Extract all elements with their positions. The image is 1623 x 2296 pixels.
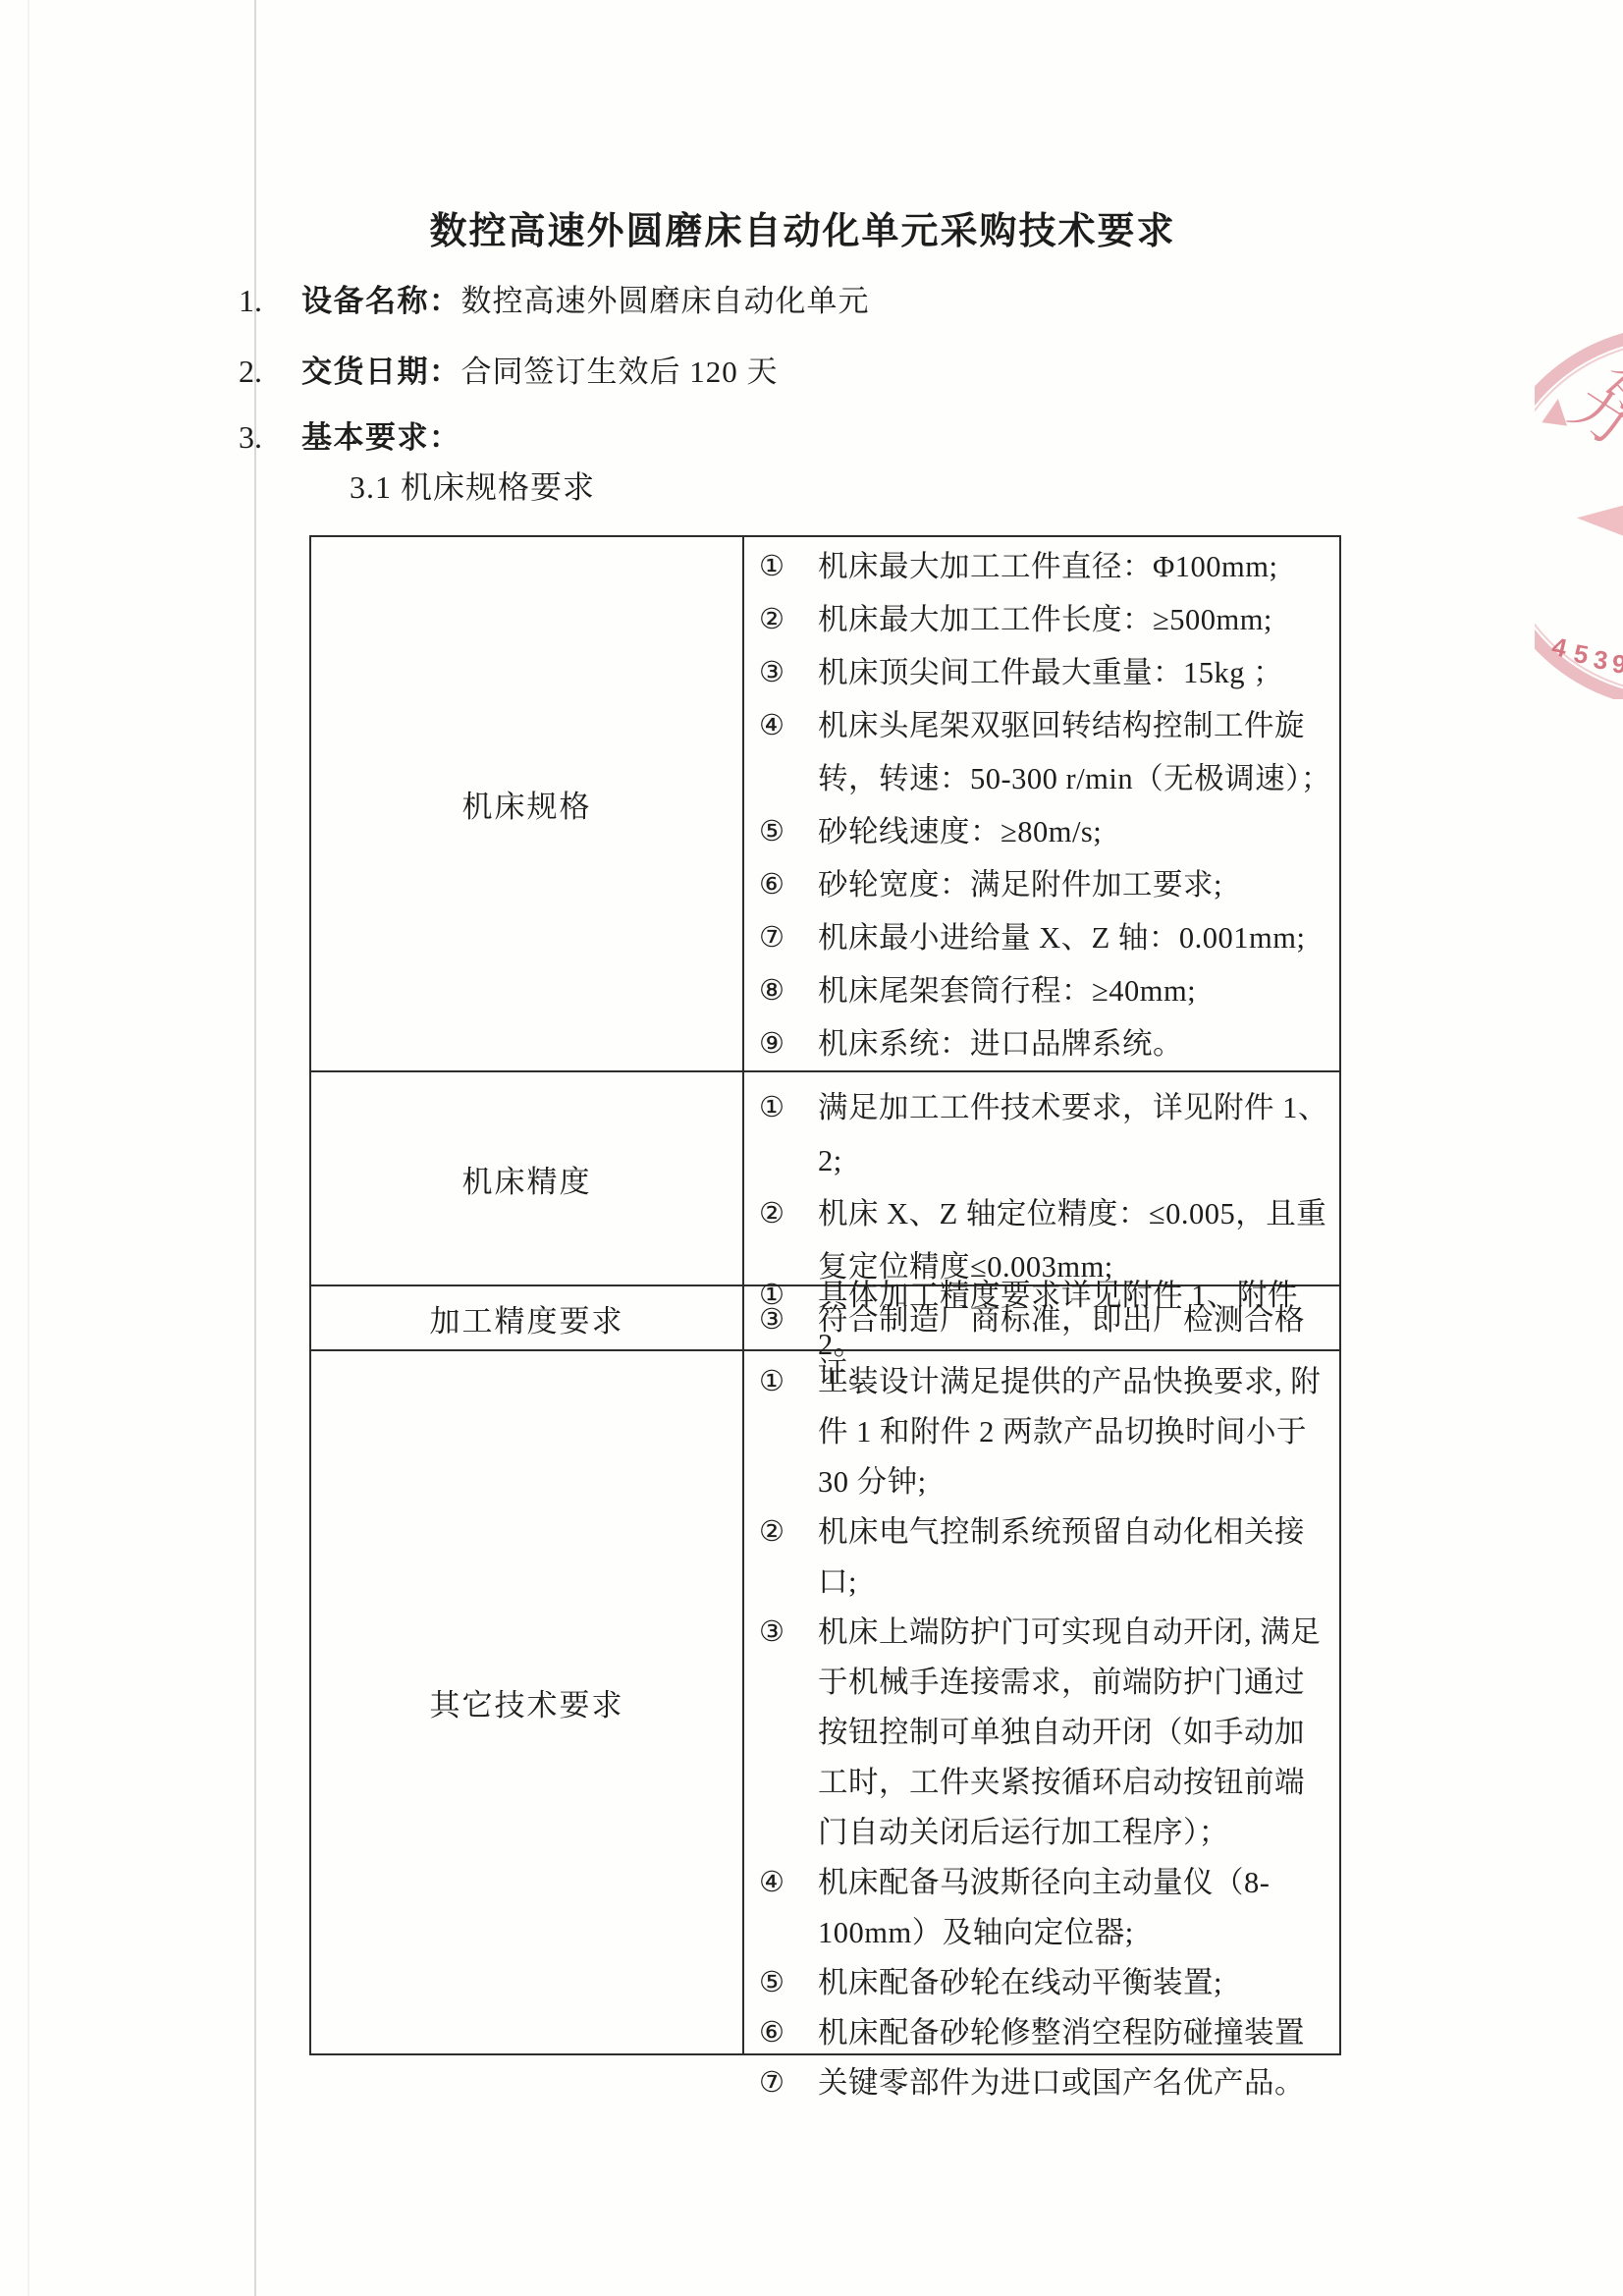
table-row-machine-spec: 机床规格 ① 机床最大加工工件直径：Φ100mm; ② 机床最大加工工件长度：≥…: [311, 537, 1339, 1070]
item-content: 机床头尾架双驱回转结构控制工件旋转，转速：50-300 r/min（无极调速）；: [818, 699, 1331, 805]
spec-item: ④ 机床头尾架双驱回转结构控制工件旋转，转速：50-300 r/min（无极调速…: [759, 699, 1331, 805]
item-bullet: ⑦: [759, 911, 818, 964]
spec-item: ④ 机床配备马波斯径向主动量仪（8-100mm）及轴向定位器;: [759, 1858, 1331, 1958]
page-title: 数控高速外圆磨床自动化单元采购技术要求: [250, 200, 1355, 254]
item-content: 机床配备马波斯径向主动量仪（8-100mm）及轴向定位器;: [818, 1858, 1331, 1958]
spec-item: ③ 机床上端防护门可实现自动开闭, 满足于机械手连接需求，前端防护门通过按钮控制…: [759, 1608, 1331, 1858]
item-bullet: ⑨: [759, 1017, 818, 1070]
row-content: ① 具体加工精度要求详见附件 1、附件 2。: [744, 1286, 1339, 1349]
row-header: 加工精度要求: [311, 1286, 744, 1349]
item-content: 机床系统：进口品牌系统。: [818, 1017, 1331, 1070]
row-header: 其它技术要求: [311, 1351, 744, 2053]
item-number: 2.: [239, 354, 301, 390]
item-bullet: ③: [759, 1608, 818, 1858]
item-number: 1.: [239, 283, 301, 319]
table-row-other-requirements: 其它技术要求 ① 工装设计满足提供的产品快换要求, 附件 1 和附件 2 两款产…: [311, 1349, 1339, 2053]
row-header: 机床规格: [311, 537, 744, 1070]
spec-item: ⑤ 砂轮线速度：≥80m/s;: [759, 805, 1331, 858]
item-bullet: ④: [759, 699, 818, 805]
spec-item: ⑥ 机床配备砂轮修整消空程防碰撞装置: [759, 2008, 1331, 2058]
spec-item: ⑦ 关键零部件为进口或国产名优产品。: [759, 2058, 1331, 2108]
item-label: 基本要求：: [301, 420, 461, 455]
item-label: 交货日期：: [301, 355, 461, 389]
spec-item: ① 工装设计满足提供的产品快换要求, 附件 1 和附件 2 两款产品切换时间小于…: [759, 1357, 1331, 1507]
spec-item: ⑥ 砂轮宽度：满足附件加工要求;: [759, 858, 1331, 911]
spec-table: 机床规格 ① 机床最大加工工件直径：Φ100mm; ② 机床最大加工工件长度：≥…: [309, 535, 1341, 2055]
item-content: 机床尾架套筒行程：≥40mm;: [818, 964, 1331, 1017]
item-bullet: ⑤: [759, 1958, 818, 2008]
item-bullet: ②: [759, 1507, 818, 1608]
spec-item: ② 机床最大加工工件长度：≥500mm;: [759, 593, 1331, 646]
item-content: 工装设计满足提供的产品快换要求, 附件 1 和附件 2 两款产品切换时间小于 3…: [818, 1357, 1331, 1507]
item-bullet: ⑥: [759, 858, 818, 911]
item-content: 机床上端防护门可实现自动开闭, 满足于机械手连接需求，前端防护门通过按钮控制可单…: [818, 1608, 1331, 1858]
item-content: 机床配备砂轮修整消空程防碰撞装置: [818, 2008, 1331, 2058]
item-content: 机床电气控制系统预留自动化相关接口;: [818, 1507, 1331, 1608]
subsection-heading: 3.1 机床规格要求: [350, 463, 595, 508]
spec-item: ② 机床电气控制系统预留自动化相关接口;: [759, 1507, 1331, 1608]
spec-item: ⑨ 机床系统：进口品牌系统。: [759, 1017, 1331, 1070]
spec-item: ⑦ 机床最小进给量 X、Z 轴：0.001mm;: [759, 911, 1331, 964]
item-bullet: ⑧: [759, 964, 818, 1017]
table-row-processing-accuracy: 加工精度要求 ① 具体加工精度要求详见附件 1、附件 2。: [311, 1285, 1339, 1349]
item-content: 关键零部件为进口或国产名优产品。: [818, 2058, 1331, 2108]
item-bullet: ⑦: [759, 2058, 818, 2108]
scan-edge-line: [27, 0, 29, 2296]
item-bullet: ①: [759, 1357, 818, 1507]
spec-item: ① 机床最大加工工件直径：Φ100mm;: [759, 540, 1331, 593]
item-bullet: ④: [759, 1858, 818, 1958]
table-row-machine-accuracy: 机床精度 ① 满足加工工件技术要求，详见附件 1、2; ② 机床 X、Z 轴定位…: [311, 1070, 1339, 1285]
item-content: 机床最大加工工件直径：Φ100mm;: [818, 540, 1331, 593]
item-content: 机床最小进给量 X、Z 轴：0.001mm;: [818, 911, 1331, 964]
scanned-document-page: 数控高速外圆磨床自动化单元采购技术要求 1.设备名称：数控高速外圆磨床自动化单元…: [0, 0, 1623, 2296]
spec-item: ③ 机床顶尖间工件最大重量：15kg ；: [759, 646, 1331, 699]
item-bullet: ③: [759, 646, 818, 699]
item-text: 数控高速外圆磨床自动化单元: [461, 284, 870, 318]
item-bullet: ①: [759, 1081, 818, 1187]
row-content: ① 机床最大加工工件直径：Φ100mm; ② 机床最大加工工件长度：≥500mm…: [744, 537, 1339, 1070]
item-content: 满足加工工件技术要求，详见附件 1、2;: [818, 1081, 1331, 1187]
scan-fold-line: [254, 0, 256, 2296]
list-item-3: 3.基本要求：: [239, 412, 461, 457]
seal-serial-digit: 9: [1611, 649, 1623, 681]
item-content: 机床配备砂轮在线动平衡装置;: [818, 1958, 1331, 2008]
item-content: 砂轮线速度：≥80m/s;: [818, 805, 1331, 858]
item-bullet: ①: [759, 540, 818, 593]
item-bullet: ⑤: [759, 805, 818, 858]
list-item-2: 2.交货日期：合同签订生效后 120 天: [239, 347, 779, 391]
item-content: 机床顶尖间工件最大重量：15kg ；: [818, 646, 1331, 699]
item-content: 机床最大加工工件长度：≥500mm;: [818, 593, 1331, 646]
red-company-seal-partial: ★ 力 有 4 5 3 9: [1535, 330, 1623, 699]
list-item-1: 1.设备名称：数控高速外圆磨床自动化单元: [239, 276, 870, 320]
item-text: 合同签订生效后 120 天: [461, 355, 779, 389]
item-number: 3.: [239, 419, 301, 456]
spec-item: ⑤ 机床配备砂轮在线动平衡装置;: [759, 1958, 1331, 2008]
row-content: ① 满足加工工件技术要求，详见附件 1、2; ② 机床 X、Z 轴定位精度：≤0…: [744, 1072, 1339, 1285]
spec-item: ① 满足加工工件技术要求，详见附件 1、2;: [759, 1081, 1331, 1187]
item-bullet: ②: [759, 593, 818, 646]
item-bullet: ⑥: [759, 2008, 818, 2058]
item-content: 砂轮宽度：满足附件加工要求;: [818, 858, 1331, 911]
item-label: 设备名称：: [301, 284, 461, 318]
row-content: ① 工装设计满足提供的产品快换要求, 附件 1 和附件 2 两款产品切换时间小于…: [744, 1351, 1339, 2053]
row-header: 机床精度: [311, 1072, 744, 1285]
spec-item: ⑧ 机床尾架套筒行程：≥40mm;: [759, 964, 1331, 1017]
